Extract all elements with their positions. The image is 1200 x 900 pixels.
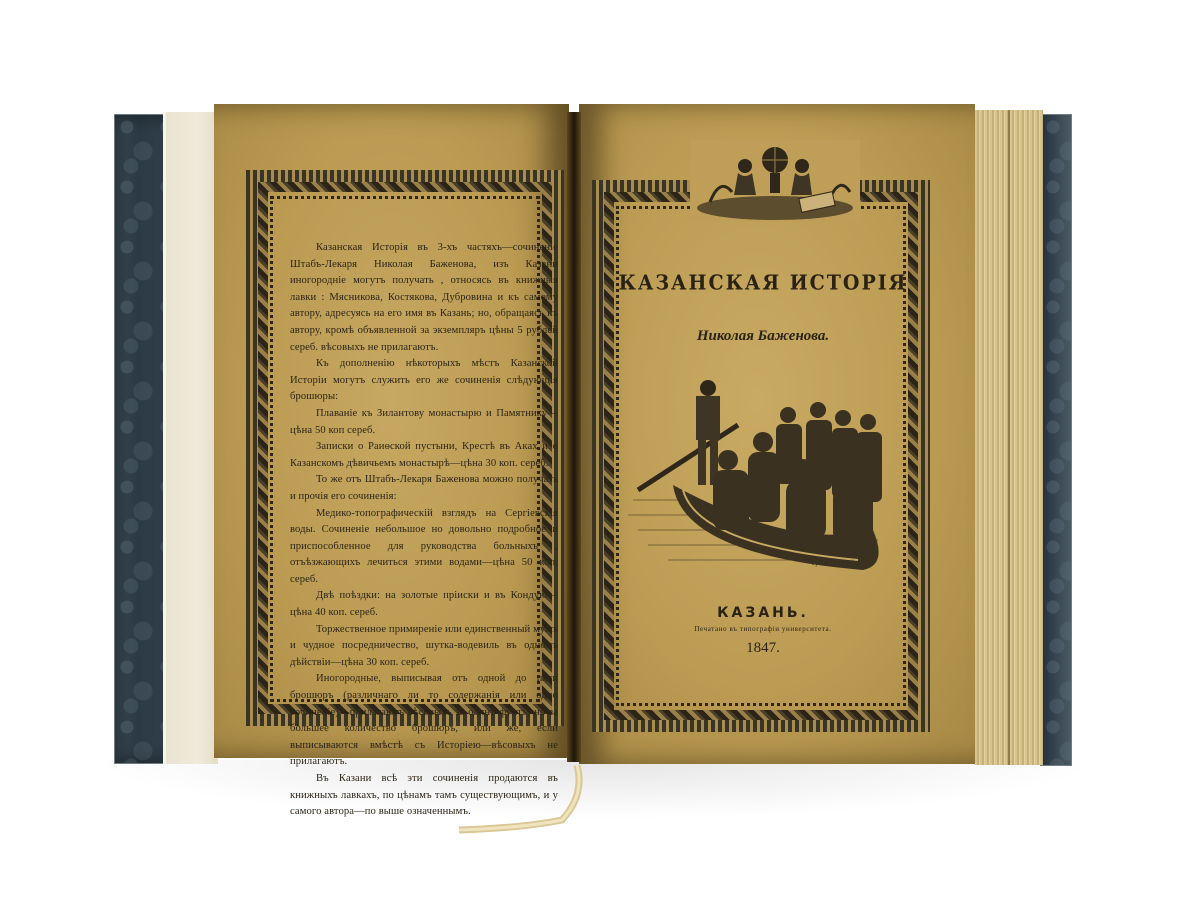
paragraph: Записки о Раиѳской пустыни, Крестѣ въ Ак…	[290, 439, 558, 472]
cherubs-globe-vignette-icon	[690, 140, 860, 222]
paragraph: Казанская Исторія въ 3-хъ частяхъ—сочине…	[290, 240, 558, 356]
page-fore-edge	[975, 110, 1043, 765]
ribbon-bookmark-icon	[455, 765, 595, 865]
table-shadow	[90, 760, 1100, 820]
book-gutter	[567, 112, 581, 762]
paragraph: Иногородные, выписывая отъ одной до пяти…	[290, 671, 558, 771]
book-cover-right	[1040, 114, 1072, 766]
engraver-signature: Грав. П. Пейфер	[812, 559, 861, 567]
paragraph: То же отъ Штабъ-Лекаря Баженова можно по…	[290, 472, 558, 505]
publication-city: КАЗАНЬ.	[618, 605, 908, 621]
paragraph: Къ дополненію нѣкоторыхъ мѣстъ Казанской…	[290, 356, 558, 406]
endpaper-left	[163, 112, 218, 764]
paragraph: Плаваніе къ Зилантову монастырю и Памятн…	[290, 406, 558, 439]
left-page-advertisement-text: Казанская Исторія въ 3-хъ частяхъ—сочине…	[290, 240, 558, 821]
publication-year: 1847.	[618, 640, 908, 657]
publisher-imprint: Печатано въ типографіи университета.	[618, 625, 908, 633]
paragraph: Торжественное примиреніе или единственны…	[290, 622, 558, 672]
paragraph: Медико-топографическій взглядъ на Сергіе…	[290, 506, 558, 589]
boat-engraving-icon	[628, 380, 893, 580]
book-title: КАЗАНСКАЯ ИСТОРІЯ	[618, 271, 908, 295]
paragraph: Двѣ поѣздки: на золотые пріиски и въ Кон…	[290, 588, 558, 621]
book-author: Николая Баженова.	[618, 328, 908, 345]
